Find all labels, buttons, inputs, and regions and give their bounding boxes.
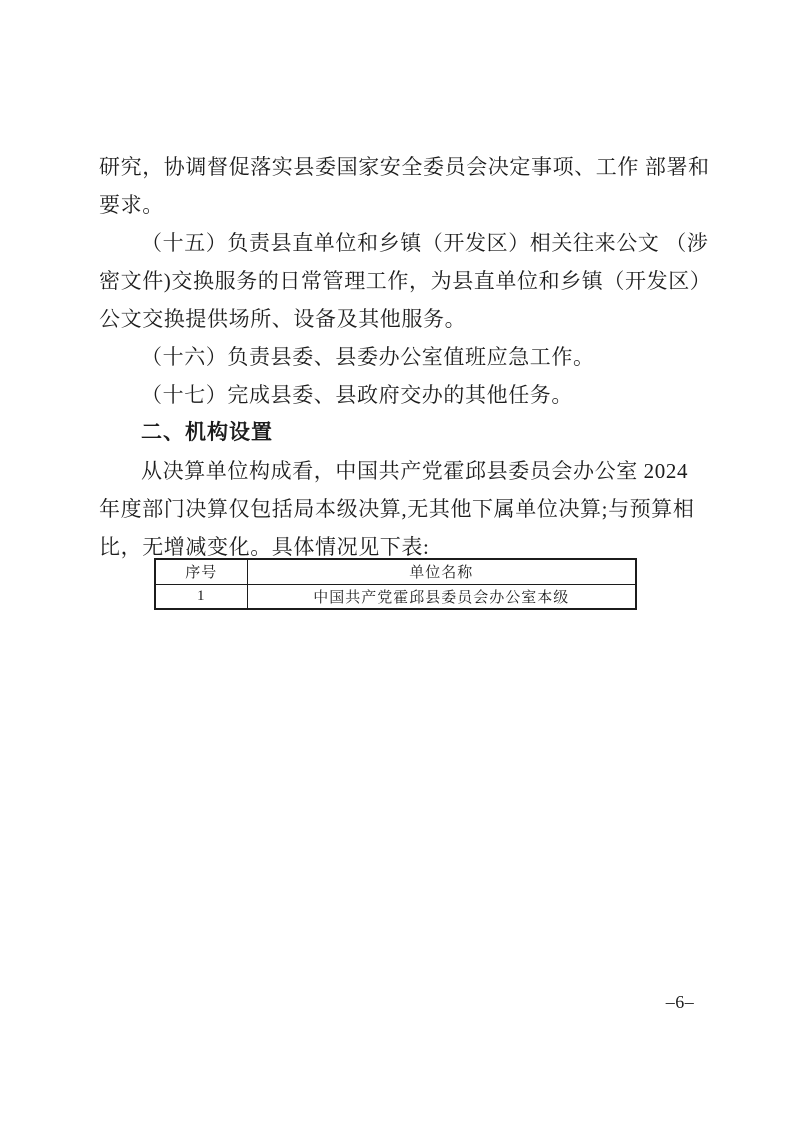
table-header-seq: 序号 bbox=[155, 559, 247, 584]
table-cell-seq: 1 bbox=[155, 584, 247, 609]
table-header-unit: 单位名称 bbox=[247, 559, 636, 584]
document-page: 研究，协调督促落实县委国家安全委员会决定事项、工作 部署和 要求。 （十五）负责… bbox=[0, 0, 793, 1122]
paragraph-line: 研究，协调督促落实县委国家安全委员会决定事项、工作 部署和 bbox=[99, 148, 719, 186]
section-heading: 二、机构设置 bbox=[99, 414, 719, 452]
paragraph-line: （十七）完成县委、县政府交办的其他任务。 bbox=[99, 376, 719, 414]
paragraph-line: （十六）负责县委、县委办公室值班应急工作。 bbox=[99, 338, 719, 376]
body-text: 研究，协调督促落实县委国家安全委员会决定事项、工作 部署和 要求。 （十五）负责… bbox=[99, 148, 719, 566]
paragraph-line: 要求。 bbox=[99, 186, 719, 224]
paragraph-line: 年度部门决算仅包括局本级决算,无其他下属单位决算;与预算相 bbox=[99, 490, 719, 528]
unit-table: 序号 单位名称 1 中国共产党霍邱县委员会办公室本级 bbox=[154, 558, 637, 610]
table-cell-unit: 中国共产党霍邱县委员会办公室本级 bbox=[247, 584, 636, 609]
paragraph-line: 密文件)交换服务的日常管理工作，为县直单位和乡镇（开发区） bbox=[99, 262, 719, 300]
page-number: –6– bbox=[655, 992, 705, 1013]
table-header-row: 序号 单位名称 bbox=[155, 559, 636, 584]
table-row: 1 中国共产党霍邱县委员会办公室本级 bbox=[155, 584, 636, 609]
paragraph-line: 公文交换提供场所、设备及其他服务。 bbox=[99, 300, 719, 338]
paragraph-line: 从决算单位构成看，中国共产党霍邱县委员会办公室 2024 bbox=[99, 452, 719, 490]
paragraph-line: （十五）负责县直单位和乡镇（开发区）相关往来公文 （涉 bbox=[99, 224, 719, 262]
